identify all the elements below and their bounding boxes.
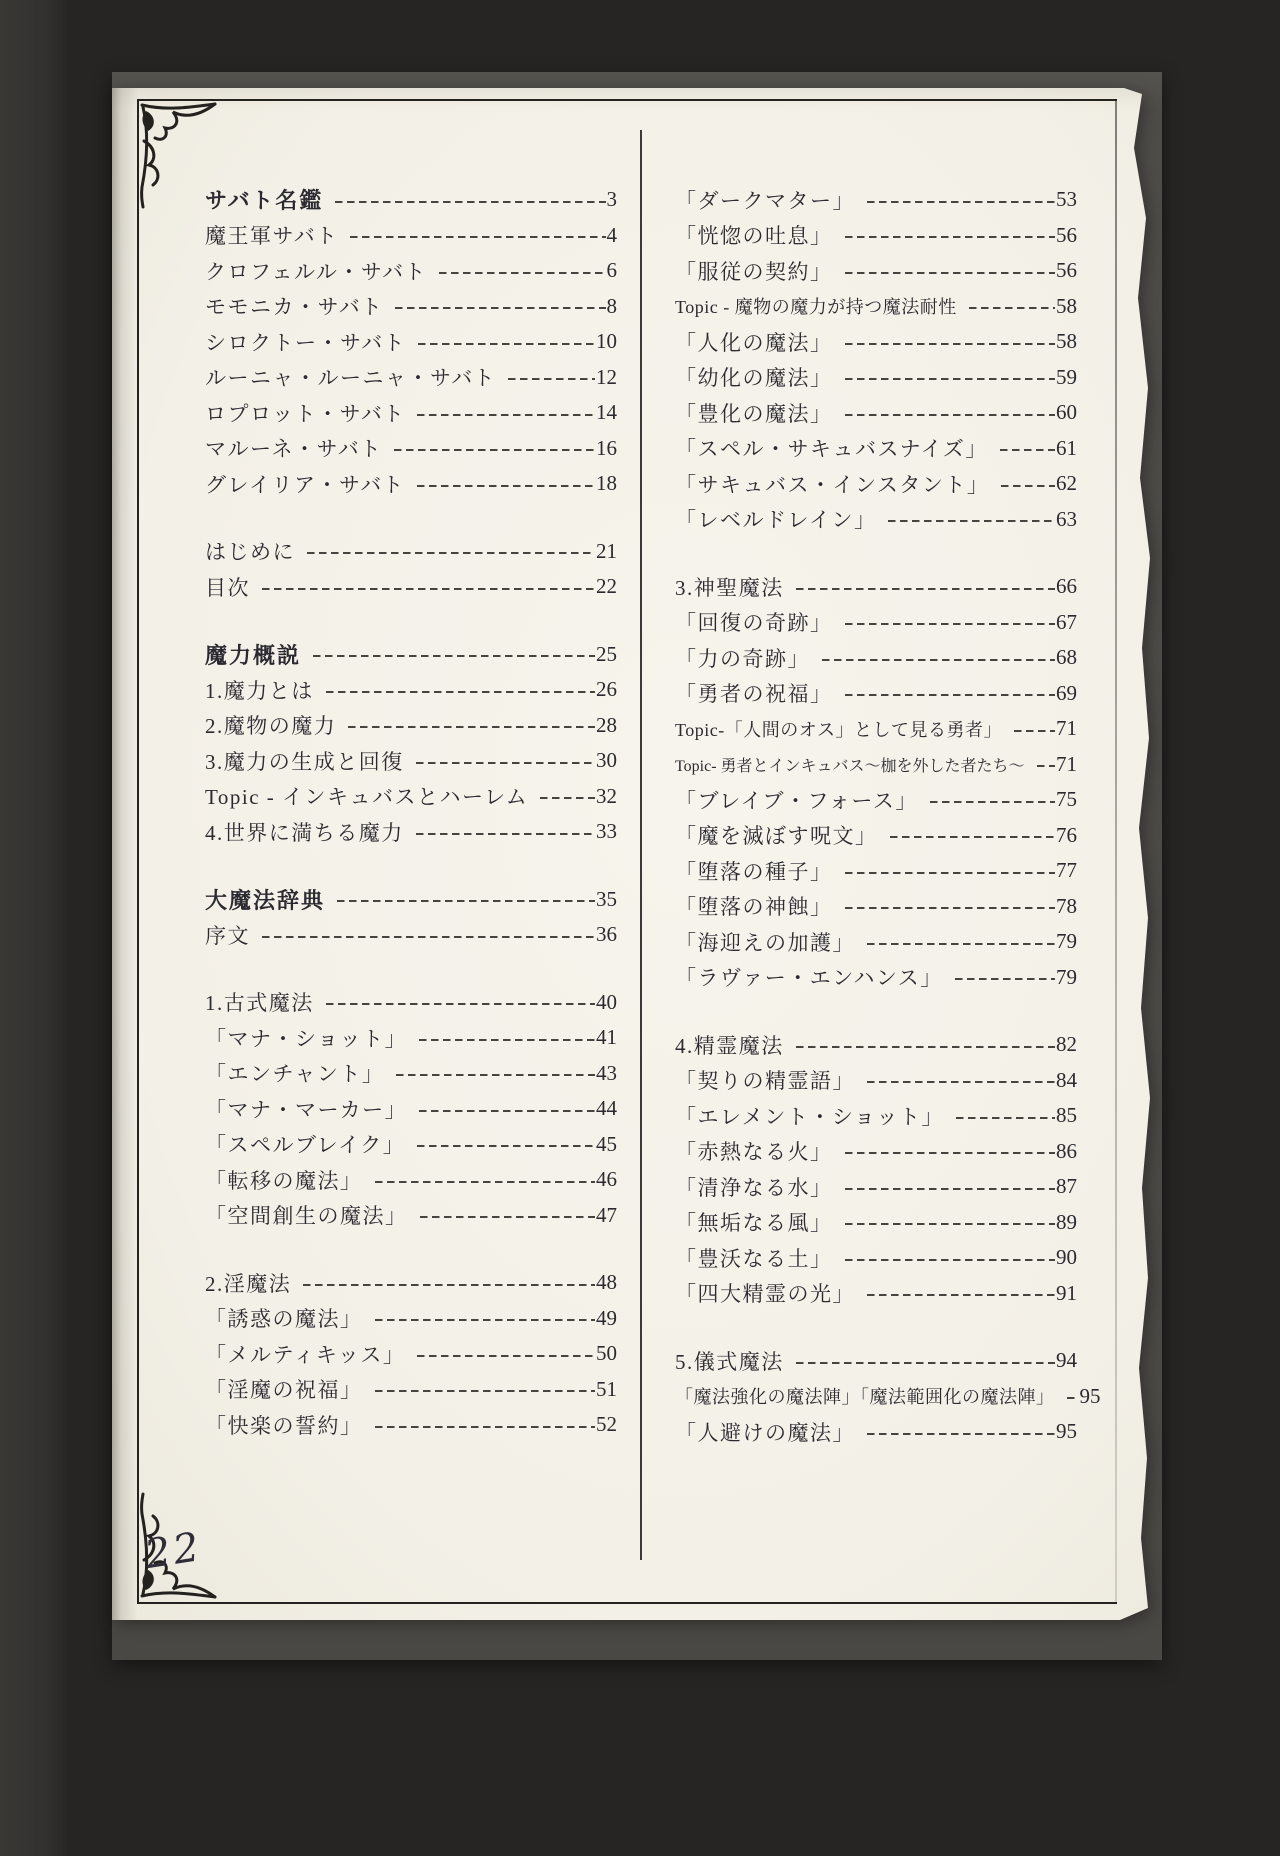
toc-entry: 「レベルドレイン」63 [675,502,1077,538]
toc-entry-label: モモニカ・サバト [205,291,383,321]
toc-entry-page: 49 [596,1306,617,1331]
dash-leader [375,1181,596,1183]
toc-entry-label: 「スペルブレイク」 [205,1129,405,1159]
toc-entry: 「人避けの魔法」95 [675,1414,1077,1450]
frame-border-left [137,99,139,1604]
frame-border-right [1115,99,1117,1604]
toc-entry: グレイリア・サバト18 [205,466,617,502]
dash-leader [313,655,595,657]
toc-entry: 「堕落の神蝕」78 [675,889,1077,925]
toc-entry: 「マナ・ショット」41 [205,1020,617,1056]
toc-entry-label: マルーネ・サバト [205,433,382,463]
toc-entry-page: 44 [596,1096,617,1121]
dash-leader [348,726,595,728]
toc-entry-page: 87 [1056,1174,1077,1199]
toc-entry-label: 4.世界に満ちる魔力 [205,817,404,847]
dash-leader [1001,485,1055,487]
toc-entry-page: 61 [1056,436,1077,461]
toc-entry-label: 「レベルドレイン」 [675,504,876,534]
toc-entry: 「メルティキッス」50 [205,1336,617,1372]
toc-entry: 「淫魔の祝福」51 [205,1372,617,1408]
toc-entry-page: 89 [1056,1210,1077,1235]
toc-entry-page: 52 [596,1412,617,1437]
toc-entry: シロクトー・サバト10 [205,324,617,360]
dash-leader [419,1110,595,1112]
toc-entry: Topic-「人間のオス」として見る勇者」71 [675,711,1077,747]
toc-entry: 「誘惑の魔法」49 [205,1301,617,1337]
toc-entry-page: 30 [596,748,617,773]
toc-group: 4.精霊魔法82「契りの精霊語」84「エレメント・ショット」85「赤熱なる火」8… [675,1027,1077,1311]
toc-entry-page: 85 [1056,1103,1077,1128]
toc-entry-label: 「魔を滅ぼす呪文」 [675,820,878,850]
dash-leader [375,1390,596,1392]
toc-entry-label: 「メルティキッス」 [205,1339,405,1369]
toc-entry-page: 86 [1056,1139,1077,1164]
toc-entry-page: 22 [596,574,617,599]
dash-leader [845,694,1056,696]
toc-entry-page: 82 [1056,1032,1077,1057]
toc-entry-label: 「海迎えの加護」 [675,927,855,957]
toc-entry-label: Topic-「人間のオス」として見る勇者」 [675,716,1002,742]
toc-entry-label: 序文 [205,920,250,950]
toc-entry-label: 「サキュバス・インスタント」 [675,469,989,499]
dash-leader [867,1294,1055,1296]
toc-group: サバト名鑑3魔王軍サバト4クロフェルル・サバト6モモニカ・サバト8シロクトー・サ… [205,182,617,502]
dash-leader [888,520,1055,522]
toc-entry-page: 67 [1056,610,1077,635]
toc-entry: 「マナ・マーカー」44 [205,1091,617,1127]
toc-entry: 序文36 [205,917,617,953]
toc-entry-page: 6 [607,258,618,283]
toc-entry-label: 「人避けの魔法」 [675,1417,855,1447]
dash-leader [822,659,1055,661]
toc-column-left: サバト名鑑3魔王軍サバト4クロフェルル・サバト6モモニカ・サバト8シロクトー・サ… [205,182,617,1475]
toc-entry: 目次22 [205,569,617,605]
toc-entry: Topic - インキュバスとハーレム32 [205,779,617,815]
toc-entry: 「回復の奇跡」67 [675,605,1077,641]
toc-entry-label: 「勇者の祝福」 [675,678,833,708]
toc-column-right: 「ダークマター」53「恍惚の吐息」56「服従の契約」56Topic - 魔物の魔… [675,182,1077,1482]
toc-entry-label: 「マナ・ショット」 [205,1023,407,1053]
toc-entry: 「ダークマター」53 [675,182,1077,218]
toc-entry-label: 「マナ・マーカー」 [205,1094,407,1124]
dash-leader [303,1284,595,1286]
dash-leader [418,343,595,345]
toc-entry-page: 51 [596,1377,617,1402]
dash-leader [394,449,595,451]
dash-leader [350,236,605,238]
column-divider-line [640,130,642,1560]
toc-entry-page: 50 [596,1341,617,1366]
toc-entry-label: 4.精霊魔法 [675,1030,784,1060]
toc-entry-label: 1.古式魔法 [205,987,314,1017]
toc-entry: 「ブレイブ・フォース」75 [675,782,1077,818]
dash-leader [420,1216,596,1218]
dash-leader [845,236,1056,238]
toc-entry-label: 「堕落の種子」 [675,856,833,886]
toc-entry-label: ルーニャ・ルーニャ・サバト [205,362,496,392]
toc-entry-page: 79 [1056,929,1077,954]
toc-entry-page: 94 [1056,1348,1077,1373]
toc-entry-label: 「エンチャント」 [205,1058,384,1088]
dash-leader [262,588,595,590]
frame-border-top [137,99,1117,101]
toc-entry-page: 95 [1080,1384,1101,1409]
dash-leader [417,485,595,487]
toc-group: 1.古式魔法40「マナ・ショット」41「エンチャント」43「マナ・マーカー」44… [205,985,617,1234]
dash-leader [845,343,1056,345]
toc-entry-page: 66 [1056,574,1077,599]
toc-entry-label: 目次 [205,572,250,602]
dash-leader [1000,449,1055,451]
toc-entry: サバト名鑑3 [205,182,617,218]
dash-leader [845,1223,1056,1225]
dash-leader [845,414,1056,416]
dash-leader [396,1074,595,1076]
toc-entry: ロプロット・サバト14 [205,395,617,431]
toc-entry-page: 53 [1056,187,1077,212]
toc-entry: 「快楽の誓約」52 [205,1407,617,1443]
dash-leader [845,623,1056,625]
toc-entry: クロフェルル・サバト6 [205,253,617,289]
toc-entry-label: Topic - 魔物の魔力が持つ魔法耐性 [675,293,957,319]
toc-entry: 5.儀式魔法94 [675,1343,1077,1379]
toc-group: 大魔法辞典35序文36 [205,882,617,953]
dash-leader [419,1039,595,1041]
toc-entry: 「赤熱なる火」86 [675,1134,1077,1170]
toc-entry: 4.精霊魔法82 [675,1027,1077,1063]
toc-entry-page: 26 [596,677,617,702]
paper-wrap: サバト名鑑3魔王軍サバト4クロフェルル・サバト6モモニカ・サバト8シロクトー・サ… [112,88,1152,1620]
toc-group: 2.淫魔法48「誘惑の魔法」49「メルティキッス」50「淫魔の祝福」51「快楽の… [205,1265,617,1443]
toc-entry: 3.神聖魔法66 [675,569,1077,605]
toc-entry: 「清浄なる水」87 [675,1169,1077,1205]
dash-leader [796,1362,1055,1364]
dash-leader [262,936,595,938]
toc-entry: 「エレメント・ショット」85 [675,1098,1077,1134]
toc-entry-label: Topic - インキュバスとハーレム [205,781,528,811]
toc-group: 魔力概説251.魔力とは262.魔物の魔力283.魔力の生成と回復30Topic… [205,637,617,850]
toc-entry-page: 71 [1056,716,1077,741]
toc-entry-label: はじめに [205,536,295,566]
toc-entry-label: 「力の奇跡」 [675,643,810,673]
dash-leader [845,272,1056,274]
toc-entry-label: 「誘惑の魔法」 [205,1303,363,1333]
dash-leader [1067,1397,1079,1399]
toc-entry-page: 32 [596,784,617,809]
toc-entry-label: 「堕落の神蝕」 [675,891,833,921]
dash-leader [307,552,595,554]
dash-leader [439,272,606,274]
toc-entry-page: 47 [596,1203,617,1228]
dash-leader [1014,730,1055,732]
toc-entry-label: 「快楽の誓約」 [205,1410,363,1440]
toc-entry: 「海迎えの加護」79 [675,924,1077,960]
dash-leader [956,1117,1055,1119]
toc-entry-page: 25 [596,642,617,667]
toc-entry: 「豊沃なる土」90 [675,1240,1077,1276]
dash-leader [1037,765,1055,767]
toc-entry-page: 33 [596,819,617,844]
toc-entry-label: 「豊沃なる土」 [675,1243,833,1273]
toc-entry-page: 35 [596,887,617,912]
toc-entry-label: 魔力概説 [205,639,301,670]
dash-leader [375,1426,596,1428]
dash-leader [508,378,595,380]
dash-leader [867,1081,1055,1083]
toc-entry: 2.魔物の魔力28 [205,708,617,744]
toc-group: 「ダークマター」53「恍惚の吐息」56「服従の契約」56Topic - 魔物の魔… [675,182,1077,537]
toc-entry-label: 「四大精霊の光」 [675,1278,855,1308]
toc-entry: 1.古式魔法40 [205,985,617,1021]
dash-leader [890,836,1056,838]
dash-leader [326,1003,595,1005]
toc-entry: 「魔を滅ぼす呪文」76 [675,818,1077,854]
toc-entry-page: 10 [596,329,617,354]
dash-leader [845,1188,1056,1190]
toc-entry: 4.世界に満ちる魔力33 [205,814,617,850]
toc-entry: 「豊化の魔法」60 [675,395,1077,431]
toc-entry-page: 77 [1056,858,1077,883]
dash-leader [845,872,1056,874]
dash-leader [417,414,595,416]
dash-leader [337,900,595,902]
toc-entry: Topic - 魔物の魔力が持つ魔法耐性58 [675,289,1077,325]
toc-entry: 「スペルブレイク」45 [205,1127,617,1163]
toc-entry: 「服従の契約」56 [675,253,1077,289]
toc-entry-page: 71 [1056,752,1077,777]
toc-entry: マルーネ・サバト16 [205,431,617,467]
dash-leader [416,762,595,764]
toc-entry-page: 69 [1056,681,1077,706]
dash-leader [416,833,595,835]
toc-entry: Topic- 勇者とインキュバス～枷を外した者たち～71 [675,747,1077,783]
toc-entry-page: 8 [607,294,618,319]
dash-leader [395,307,605,309]
toc-entry: はじめに21 [205,534,617,570]
toc-entry-page: 68 [1056,645,1077,670]
toc-entry: ルーニャ・ルーニャ・サバト12 [205,360,617,396]
toc-entry-page: 36 [596,922,617,947]
toc-entry-label: 「空間創生の魔法」 [205,1200,408,1230]
toc-entry-label: 2.淫魔法 [205,1268,291,1298]
toc-entry-label: サバト名鑑 [205,184,323,215]
toc-entry-page: 16 [596,436,617,461]
toc-entry: 「エンチャント」43 [205,1056,617,1092]
toc-entry: 「幼化の魔法」59 [675,360,1077,396]
toc-entry-page: 58 [1056,294,1077,319]
toc-entry-label: グレイリア・サバト [205,469,405,499]
toc-group: はじめに21目次22 [205,534,617,605]
toc-entry: 大魔法辞典35 [205,882,617,918]
toc-entry-label: 「淫魔の祝福」 [205,1374,363,1404]
dash-leader [335,201,605,203]
scan-edge-strip [0,0,70,1856]
toc-entry-page: 62 [1056,471,1077,496]
toc-entry-label: 5.儀式魔法 [675,1346,784,1376]
toc-entry-page: 12 [596,365,617,390]
dash-leader [867,201,1055,203]
toc-entry-label: 1.魔力とは [205,675,314,705]
toc-entry-label: 「スペル・サキュバスナイズ」 [675,433,988,463]
toc-entry-label: 「豊化の魔法」 [675,398,833,428]
dash-leader [796,1046,1055,1048]
toc-group: 3.神聖魔法66「回復の奇跡」67「力の奇跡」68「勇者の祝福」69Topic-… [675,569,1077,995]
toc-entry-page: 40 [596,990,617,1015]
toc-entry: 「契りの精霊語」84 [675,1063,1077,1099]
toc-entry-page: 90 [1056,1245,1077,1270]
toc-entry-page: 91 [1056,1281,1077,1306]
toc-entry: 「転移の魔法」46 [205,1162,617,1198]
toc-entry-label: 2.魔物の魔力 [205,710,336,740]
toc-group: 5.儀式魔法94「魔法強化の魔法陣」「魔法範囲化の魔法陣」95「人避けの魔法」9… [675,1343,1077,1450]
toc-entry: 「魔法強化の魔法陣」「魔法範囲化の魔法陣」95 [675,1379,1077,1415]
toc-entry-label: 「ラヴァー・エンハンス」 [675,962,943,992]
toc-entry-page: 84 [1056,1068,1077,1093]
toc-entry-page: 56 [1056,223,1077,248]
toc-entry-page: 95 [1056,1419,1077,1444]
toc-entry: 「空間創生の魔法」47 [205,1198,617,1234]
handwritten-page-number: 22 [142,1524,205,1578]
toc-entry-page: 45 [596,1132,617,1157]
toc-entry-label: 3.神聖魔法 [675,572,784,602]
dash-leader [326,691,595,693]
dash-leader [867,1433,1055,1435]
toc-entry-page: 56 [1056,258,1077,283]
toc-entry: 1.魔力とは26 [205,672,617,708]
dash-leader [845,1152,1056,1154]
toc-entry-label: 「ダークマター」 [675,185,855,215]
toc-entry-page: 14 [596,400,617,425]
toc-entry: 「無垢なる風」89 [675,1205,1077,1241]
toc-paper-page: サバト名鑑3魔王軍サバト4クロフェルル・サバト6モモニカ・サバト8シロクトー・サ… [112,88,1152,1620]
toc-entry-label: Topic- 勇者とインキュバス～枷を外した者たち～ [675,753,1025,776]
toc-entry-page: 46 [596,1167,617,1192]
toc-entry: 2.淫魔法48 [205,1265,617,1301]
dash-leader [930,801,1055,803]
dash-leader [540,797,595,799]
toc-entry-page: 4 [607,223,618,248]
toc-entry-page: 41 [596,1025,617,1050]
toc-entry-page: 21 [596,539,617,564]
toc-entry-page: 58 [1056,329,1077,354]
toc-entry-page: 76 [1056,823,1077,848]
toc-entry-label: 「回復の奇跡」 [675,607,833,637]
dash-leader [796,588,1055,590]
toc-entry-label: シロクトー・サバト [205,327,406,357]
toc-entry-label: 「ブレイブ・フォース」 [675,785,918,815]
toc-entry-label: 「清浄なる水」 [675,1172,833,1202]
dash-leader [375,1319,596,1321]
toc-entry-label: 3.魔力の生成と回復 [205,746,404,776]
toc-entry-page: 75 [1056,787,1077,812]
dash-leader [845,378,1056,380]
dash-leader [845,1259,1056,1261]
dash-leader [417,1355,595,1357]
toc-entry: モモニカ・サバト8 [205,289,617,325]
toc-entry-label: 「恍惚の吐息」 [675,220,833,250]
toc-entry: 「力の奇跡」68 [675,640,1077,676]
toc-entry-label: 「転移の魔法」 [205,1165,363,1195]
toc-entry: 「人化の魔法」58 [675,324,1077,360]
toc-entry-page: 60 [1056,400,1077,425]
toc-entry-label: 「服従の契約」 [675,256,833,286]
toc-entry: 「四大精霊の光」91 [675,1276,1077,1312]
toc-entry-label: 「魔法強化の魔法陣」「魔法範囲化の魔法陣」 [675,1383,1055,1409]
toc-entry-label: クロフェルル・サバト [205,256,427,286]
toc-entry-page: 28 [596,713,617,738]
toc-entry: 「サキュバス・インスタント」62 [675,466,1077,502]
toc-entry-label: 「エレメント・ショット」 [675,1101,944,1131]
toc-entry: 3.魔力の生成と回復30 [205,743,617,779]
frame-border-bottom [137,1602,1117,1604]
dash-leader [867,943,1055,945]
dash-leader [845,907,1056,909]
dash-leader [417,1145,595,1147]
toc-entry: 「堕落の種子」77 [675,853,1077,889]
toc-entry-page: 43 [596,1061,617,1086]
toc-entry-label: 「無垢なる風」 [675,1207,833,1237]
toc-entry-label: 「幼化の魔法」 [675,362,833,392]
toc-entry-page: 59 [1056,365,1077,390]
toc-entry-label: 「契りの精霊語」 [675,1065,855,1095]
toc-entry-page: 18 [596,471,617,496]
dash-leader [955,978,1055,980]
toc-entry-page: 78 [1056,894,1077,919]
toc-entry-page: 79 [1056,965,1077,990]
toc-entry: 「恍惚の吐息」56 [675,218,1077,254]
toc-entry: 「ラヴァー・エンハンス」79 [675,960,1077,996]
toc-entry-label: 大魔法辞典 [205,884,325,915]
toc-entry-page: 63 [1056,507,1077,532]
toc-entry-label: 「赤熱なる火」 [675,1136,833,1166]
toc-entry-label: 「人化の魔法」 [675,327,833,357]
toc-entry: 魔王軍サバト4 [205,218,617,254]
toc-entry-page: 3 [607,187,618,212]
toc-entry-page: 48 [596,1270,617,1295]
dash-leader [969,307,1055,309]
toc-entry: 「勇者の祝福」69 [675,676,1077,712]
toc-entry: 魔力概説25 [205,637,617,673]
toc-entry: 「スペル・サキュバスナイズ」61 [675,431,1077,467]
toc-entry-label: 魔王軍サバト [205,220,338,250]
toc-entry-label: ロプロット・サバト [205,398,405,428]
scanned-book-page: サバト名鑑3魔王軍サバト4クロフェルル・サバト6モモニカ・サバト8シロクトー・サ… [0,0,1280,1856]
